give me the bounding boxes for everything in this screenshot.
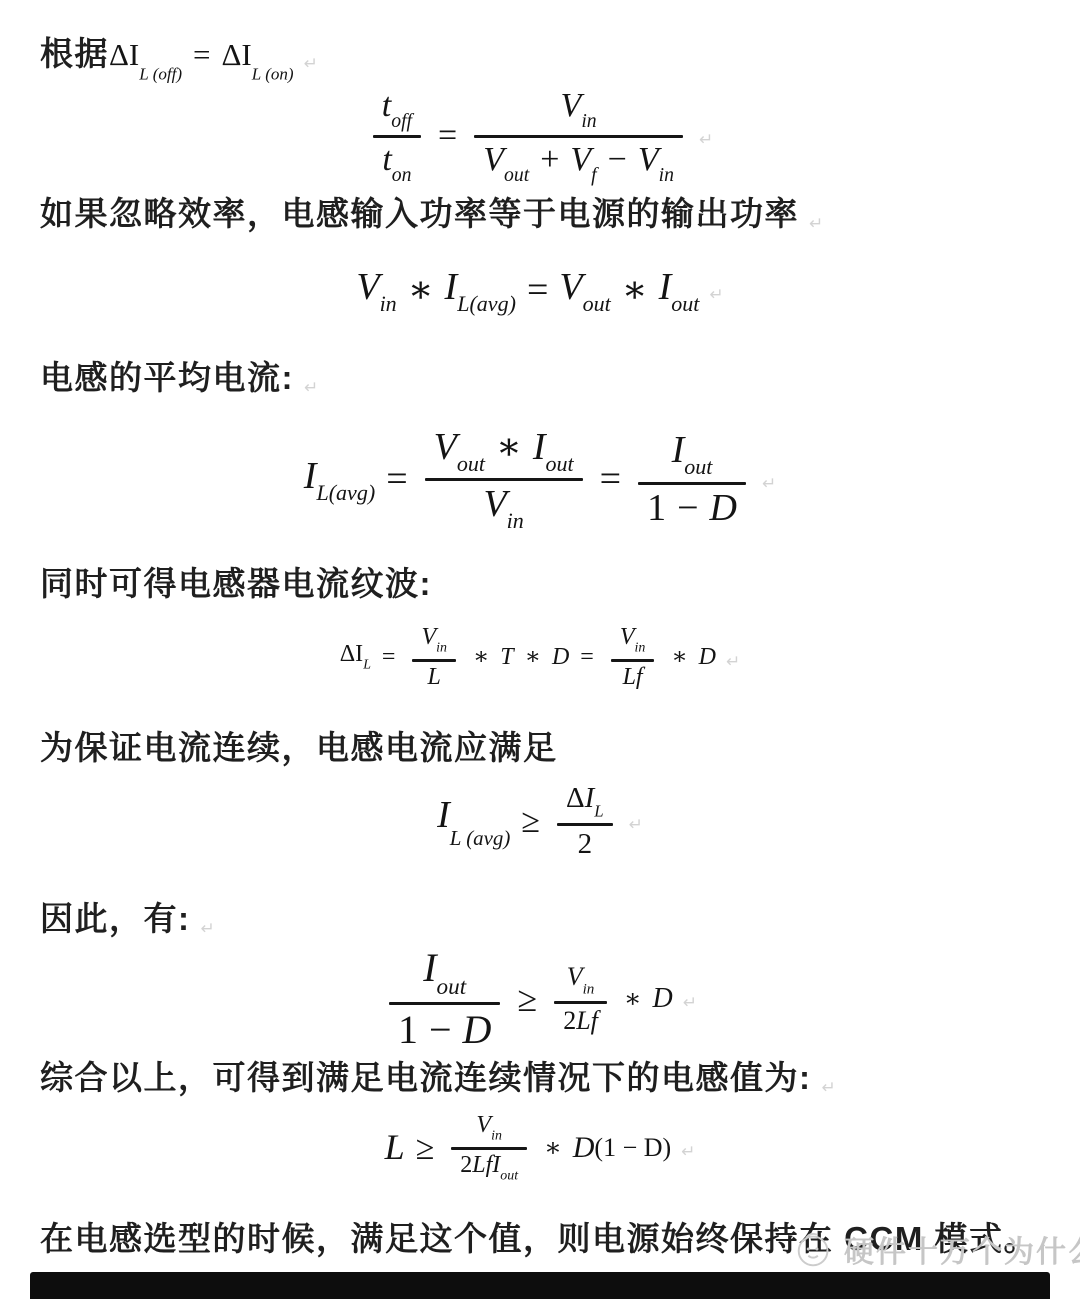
math-token: Vin: [356, 266, 396, 316]
math-token: off: [391, 110, 412, 132]
paragraph-ccm-selection: 在电感选型的时候，满足这个值，则电源始终保持在 CCM 模式。: [40, 1213, 1060, 1260]
math-token: D: [463, 1007, 492, 1053]
paragraph-text: 为保证电流连续，电感电流应满足: [40, 729, 558, 766]
math-token: Vin: [474, 481, 532, 535]
math-token: 1: [398, 1007, 418, 1053]
math-token: out: [457, 451, 485, 476]
math-token: 2: [563, 1006, 576, 1036]
math-token: ∗: [624, 984, 642, 1014]
math-token: L: [419, 662, 450, 694]
paragraph-mark-icon: [201, 919, 215, 939]
math-token: =: [438, 116, 457, 155]
math-fraction: ΔIL2: [557, 780, 613, 863]
math-token: ton: [382, 140, 411, 187]
math-token: Vin: [421, 624, 447, 657]
paragraph-intro: 根据ΔIL (off)=ΔIL (on): [40, 28, 1060, 84]
math-token: Vin: [561, 86, 597, 133]
math-token: D: [573, 1131, 595, 1166]
math-token: on: [392, 163, 412, 185]
math-token: ∗: [496, 426, 522, 470]
math-token: ΔIL (off): [109, 37, 182, 72]
math-fraction: Iout1−D: [638, 427, 746, 532]
math-token: −: [608, 140, 627, 179]
math-token: D: [552, 644, 569, 672]
math-token: =: [193, 37, 210, 72]
math-token: Vin: [558, 960, 604, 1001]
math-token: Iout: [533, 426, 574, 476]
math-token: Vin: [552, 84, 606, 135]
math-token: ΔIL: [557, 780, 613, 823]
math-token: ton: [373, 138, 420, 189]
formula-power-balance: Vin∗IL(avg)=Vout∗Iout: [0, 266, 1080, 316]
math-token: Vout+Vf−Vin: [474, 138, 683, 189]
math-token: ∗: [473, 644, 489, 672]
math-token: =: [600, 458, 621, 502]
math-token: out: [671, 291, 699, 316]
math-token: Vin: [483, 483, 523, 533]
math-token: ≥: [517, 979, 537, 1020]
math-token: Vin: [638, 140, 674, 187]
math-token: 1−D: [389, 1005, 500, 1055]
math-fraction: VinL: [412, 622, 456, 693]
math-fraction: Vin2Lf: [554, 960, 607, 1038]
paragraph-text: 综合以上，可得到满足电流连续情况下的电感值为:: [40, 1059, 812, 1096]
formula-average-current: IL(avg)=Vout∗IoutVin=Iout1−D: [0, 424, 1080, 536]
paragraph-text: 根据: [40, 35, 109, 72]
math-token: LfIout: [472, 1152, 518, 1185]
math-token: ∗: [544, 1133, 562, 1163]
math-token: 2: [578, 828, 593, 861]
math-fraction: Vin2LfIout: [451, 1110, 527, 1186]
math-token: L: [594, 801, 603, 820]
math-token: D: [710, 487, 737, 531]
math-token: in: [380, 291, 397, 316]
math-token: [699, 130, 713, 150]
math-token: Vin: [567, 962, 595, 999]
paragraph-text: 因此，有:: [40, 900, 191, 937]
formula-toff-ton-ratio: toffton=VinVout+Vf−Vin: [0, 84, 1080, 188]
math-token: IL(avg): [304, 455, 375, 505]
math-token: 1: [647, 487, 666, 531]
math-token: L(avg): [457, 291, 516, 316]
math-token: 1−D: [638, 485, 746, 533]
math-token: 2Lf: [554, 1004, 607, 1038]
math-token: ΔIL (on): [222, 37, 294, 72]
math-token: L (on): [252, 64, 294, 83]
formula-current-ripple: ΔIL=VinL∗T∗D=VinLf∗D: [0, 622, 1080, 693]
math-fraction: VinVout+Vf−Vin: [474, 84, 683, 188]
math-token: L(avg): [316, 480, 375, 505]
math-token: Δ: [566, 782, 585, 815]
math-token: −: [677, 487, 698, 531]
paragraph-text: 同时可得电感器电流纹波:: [40, 565, 432, 602]
math-token: =: [386, 458, 407, 502]
math-token: [683, 993, 697, 1013]
math-token: D: [653, 983, 673, 1015]
math-token: [762, 474, 776, 494]
math-token: out: [500, 1168, 518, 1183]
math-token: L: [385, 1127, 405, 1168]
math-token: −: [429, 1007, 452, 1053]
math-token: Vout: [559, 266, 610, 316]
paragraph-ccm-condition: 为保证电流连续，电感电流应满足: [40, 722, 1060, 769]
paragraph-text: 如果忽略效率，电感输入功率等于电源的输出功率: [40, 195, 799, 232]
math-token: L: [363, 658, 371, 673]
math-token: IL (avg): [437, 794, 510, 850]
math-token: Vout∗Iout: [425, 424, 583, 478]
math-token: Iout: [659, 266, 700, 316]
math-token: in: [581, 110, 596, 132]
math-token: =: [580, 644, 594, 672]
math-token: toff: [382, 86, 412, 133]
inline-formula-ripple-equality: ΔIL (off)=ΔIL (on): [109, 37, 318, 72]
math-token: Lf: [576, 1006, 598, 1036]
math-token: ΔIL: [340, 641, 371, 674]
math-token: Vin: [611, 622, 655, 659]
math-token: out: [545, 451, 573, 476]
math-token: Lf: [614, 662, 652, 694]
math-token: =: [527, 269, 548, 313]
math-token: Iout: [672, 429, 713, 479]
math-token: L: [428, 664, 441, 692]
math-token: IL(avg): [445, 266, 516, 316]
math-token: [709, 285, 723, 305]
bottom-black-bar: [30, 1272, 1050, 1299]
math-token: [304, 54, 318, 74]
math-fraction: Vout∗IoutVin: [425, 424, 583, 536]
math-fraction: Iout1−D: [389, 943, 500, 1055]
math-token: Vin: [620, 624, 646, 657]
math-token: in: [635, 641, 646, 656]
math-token: (1 − D): [594, 1133, 671, 1163]
math-token: +: [540, 140, 559, 179]
paragraph-avg-current: 电感的平均电流:: [40, 352, 1060, 399]
math-token: ≥: [521, 802, 540, 841]
math-token: in: [507, 509, 524, 534]
math-token: [726, 652, 740, 672]
math-token: [629, 815, 643, 835]
math-token: Vf: [570, 140, 596, 187]
math-token: Vout: [434, 426, 485, 476]
paragraph-conclusion: 综合以上，可得到满足电流连续情况下的电感值为:: [40, 1052, 1060, 1099]
math-token: 2: [569, 826, 602, 863]
paragraph-mark-icon: [304, 378, 318, 398]
paragraph-text: 电感的平均电流:: [40, 359, 294, 396]
math-token: Vin: [467, 1110, 511, 1147]
math-token: L (off): [139, 64, 182, 83]
paragraph-mark-icon: [809, 214, 823, 234]
formula-inequality: Iout1−D≥Vin2Lf∗D: [0, 943, 1080, 1055]
math-token: f: [591, 163, 596, 185]
math-token: IL: [585, 782, 604, 821]
math-token: in: [583, 982, 595, 998]
math-token: out: [583, 291, 611, 316]
math-token: ∗: [671, 644, 687, 672]
math-token: Lf: [623, 664, 643, 692]
math-token: toff: [373, 84, 421, 135]
math-token: in: [659, 163, 674, 185]
document-page: 根据ΔIL (off)=ΔIL (on) toffton=VinVout+Vf−…: [0, 0, 1080, 1299]
math-token: D: [699, 644, 716, 672]
math-token: out: [684, 454, 712, 479]
math-fraction: VinLf: [611, 622, 655, 693]
math-token: ∗: [408, 269, 434, 313]
paragraph-mark-icon: [822, 1078, 836, 1098]
math-token: Vin: [412, 622, 456, 659]
math-fraction: toffton: [373, 84, 421, 188]
math-token: out: [504, 163, 529, 185]
math-token: Iout: [423, 945, 466, 1000]
math-token: =: [382, 644, 396, 672]
formula-inductance-value: L≥Vin2LfIout∗D(1 − D): [0, 1110, 1080, 1186]
math-token: ≥: [416, 1129, 435, 1168]
paragraph-efficiency: 如果忽略效率，电感输入功率等于电源的输出功率: [40, 188, 1060, 235]
math-token: in: [436, 641, 447, 656]
math-token: T: [500, 644, 513, 672]
math-token: Iout: [663, 427, 722, 481]
math-token: 2: [460, 1152, 472, 1180]
math-token: out: [437, 974, 467, 1000]
math-token: [681, 1142, 695, 1162]
math-token: ∗: [525, 644, 541, 672]
math-token: 2LfIout: [451, 1150, 527, 1187]
math-token: L (avg): [450, 825, 511, 849]
math-token: in: [491, 1129, 502, 1144]
formula-continuity-condition: IL (avg)≥ΔIL2: [0, 780, 1080, 863]
math-token: Vin: [476, 1112, 502, 1145]
math-token: Iout: [414, 943, 475, 1002]
paragraph-therefore: 因此，有:: [40, 893, 1060, 940]
math-token: Vout: [483, 140, 529, 187]
math-token: ∗: [622, 269, 648, 313]
paragraph-ripple: 同时可得电感器电流纹波:: [40, 558, 1060, 605]
paragraph-text: 在电感选型的时候，满足这个值，则电源始终保持在 CCM 模式。: [40, 1220, 1038, 1257]
